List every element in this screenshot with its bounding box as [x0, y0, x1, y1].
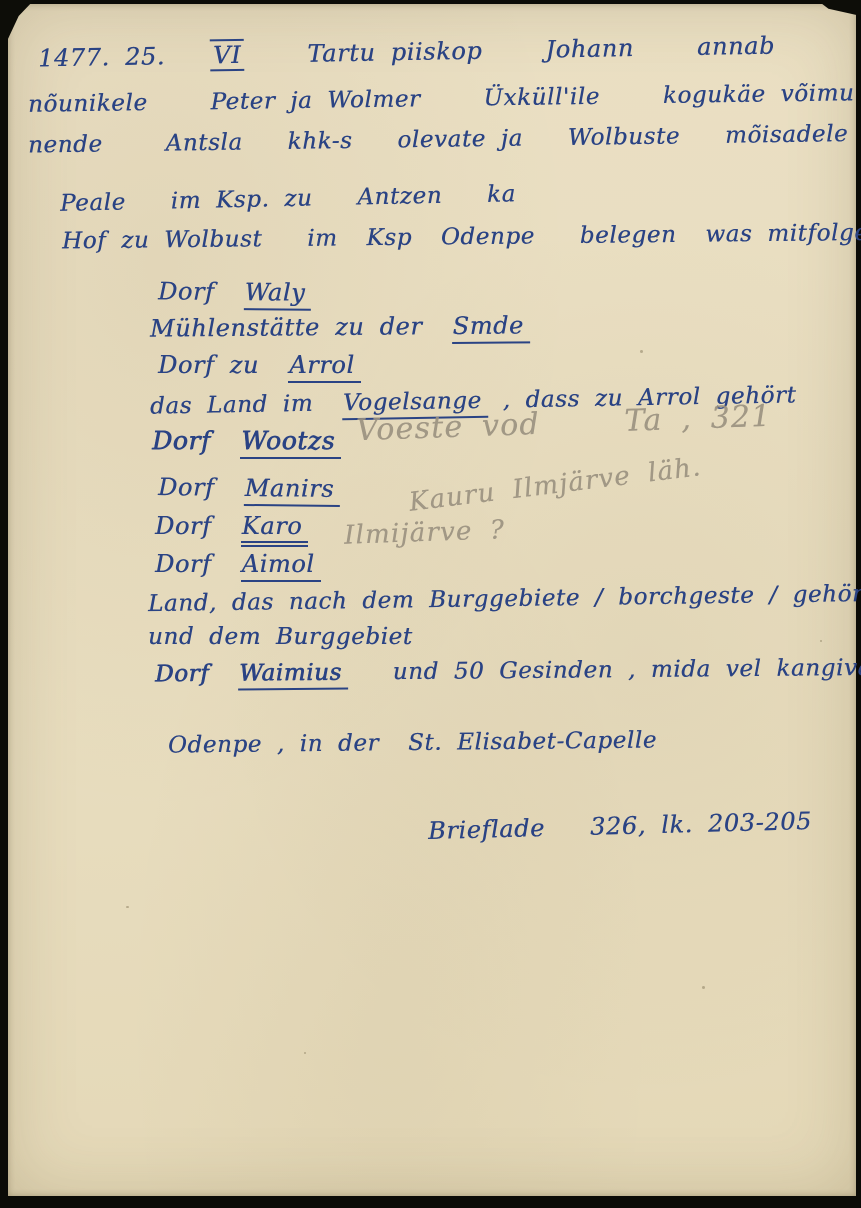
parish-antsla: Antsla — [165, 130, 242, 157]
grantee-names: Peter ja Wolmer — [210, 86, 420, 115]
word-belegen: belegen — [580, 222, 677, 249]
word-im: im — [307, 225, 338, 251]
phrase-hof-zu-wolbust: Hof zu Wolbust — [62, 226, 262, 254]
pencil-kauru-ilmjarve: Kauru Ilmjärve läh. — [407, 452, 703, 518]
phrase-kogukae-voimu: kogukäe võimu — [663, 80, 855, 109]
phrase-50-gesinden: und 50 Gesinden , mida vel kangivad — [393, 655, 861, 685]
phrase-burggebiete: Land, das nach dem Burggebiete / borchge… — [148, 581, 861, 617]
list-item-burggebiet-1: Land, das nach dem Burggebiete / borchge… — [148, 581, 861, 617]
village-name-waly: Waly — [244, 278, 312, 311]
date-line: 1477. 25. VI Tartu piiskop Johann annab — [38, 30, 775, 75]
word-nounikele: nõunikele — [28, 90, 148, 118]
pencil-annotation-karo-1: Kauru Ilmjärve läh. — [407, 452, 703, 518]
word-dorf-zu: Dorf zu — [158, 351, 259, 379]
paper-speck — [304, 1052, 306, 1054]
list-item-waimius: Dorf Waimius und 50 Gesinden , mida vel … — [155, 655, 861, 691]
phrase-muhlenstatte: Mühlenstätte zu der — [150, 312, 423, 342]
village-name-karo: Karo — [241, 512, 309, 547]
summary-line-2: nõunikele Peter ja Wolmer Üxküll'ile kog… — [28, 80, 855, 118]
village-name-wootzs: Wootzs — [240, 426, 341, 459]
bishop-title: Tartu piiskop — [307, 37, 482, 68]
parish-antzen: Antzen — [357, 183, 442, 211]
list-item-waly: Dorf Waly — [158, 277, 312, 311]
pencil-ilmijarve: Ilmijärve ? — [344, 515, 506, 551]
phrase-was-mitfolge: was mitfolge : — [705, 220, 861, 248]
word-dorf: Dorf — [155, 512, 211, 540]
place-name-smde: Smde — [451, 311, 529, 344]
paper-speck — [640, 350, 643, 353]
word-dorf: Dorf — [158, 473, 215, 502]
location-line-1: Peale im Ksp. zu Antzen ka — [60, 181, 516, 217]
scanned-paper: 1477. 25. VI Tartu piiskop Johann annab … — [8, 4, 856, 1196]
village-name-manirs: Manirs — [244, 474, 341, 507]
family-name-uxkull: Üxküll'ile — [483, 84, 600, 112]
abbrev-ksp: Ksp — [366, 225, 412, 251]
date-text: 1477. 25. — [38, 42, 165, 72]
abbrev-khk: khk-s — [287, 128, 352, 155]
reference-source: Brieflade — [428, 814, 546, 845]
paper-speck — [126, 906, 129, 908]
word-dorf: Dorf — [158, 277, 215, 306]
month-roman-numeral: VI — [210, 39, 245, 72]
list-item-burggebiet-2: und dem Burggebiet — [148, 624, 413, 650]
chapel-name: St. Elisabet-Capelle — [408, 727, 657, 756]
paper-speck — [820, 640, 822, 642]
village-name-arrol: Arrol — [288, 351, 360, 383]
phrase-odenpe-in-der: Odenpe , in der — [168, 730, 379, 758]
phrase-und-dem-burggebiet: und dem Burggebiet — [148, 624, 413, 650]
paper-speck — [656, 236, 658, 238]
chapel-line: Odenpe , in der St. Elisabet-Capelle — [168, 727, 657, 758]
verb-annab: annab — [697, 32, 775, 61]
word-moisadele: mõisadele — [725, 121, 849, 149]
pencil-voeste: Voeste vod — [356, 407, 541, 448]
word-peale: Peale — [60, 189, 126, 216]
word-dorf: Dorf — [155, 661, 209, 687]
phrase-im-ksp-zu: im Ksp. zu — [170, 185, 312, 214]
location-line-2: Hof zu Wolbust im Ksp Odenpe belegen was… — [62, 220, 861, 255]
pencil-ta-321: Ta , 321 — [624, 399, 772, 439]
word-ka: ka — [487, 181, 516, 208]
list-item-arrol: Dorf zu Arrol — [158, 351, 361, 383]
reference-pages: 326, lk. 203-205 — [590, 807, 813, 841]
list-item-wootzs: Dorf Wootzs — [152, 426, 341, 459]
village-name-aimol: Aimol — [241, 550, 321, 582]
paper-speck — [702, 986, 705, 989]
list-item-aimol: Dorf Aimol — [155, 550, 321, 582]
summary-line-3: nende Antsla khk-s olevate ja Wolbuste m… — [28, 120, 861, 159]
list-item-muhlenstatte: Mühlenstätte zu der Smde — [150, 311, 530, 346]
estate-wolbuste: Wolbuste — [568, 123, 681, 151]
word-dorf: Dorf — [152, 426, 211, 455]
word-olevate-ja: olevate ja — [397, 126, 523, 154]
word-nende: nende — [28, 131, 103, 158]
phrase-das-land-im: das Land im — [150, 391, 314, 420]
list-item-karo: Dorf Karo — [155, 512, 308, 547]
word-dorf: Dorf — [155, 550, 211, 578]
list-item-manirs: Dorf Manirs — [158, 473, 340, 507]
bishop-name: Johann — [545, 34, 634, 64]
village-name-waimius: Waimius — [238, 660, 348, 691]
parish-odenpe: Odenpe — [441, 223, 535, 250]
archive-reference: Brieflade 326, lk. 203-205 — [428, 807, 813, 845]
pencil-annotation-karo-2: Ilmijärve ? — [344, 515, 506, 551]
